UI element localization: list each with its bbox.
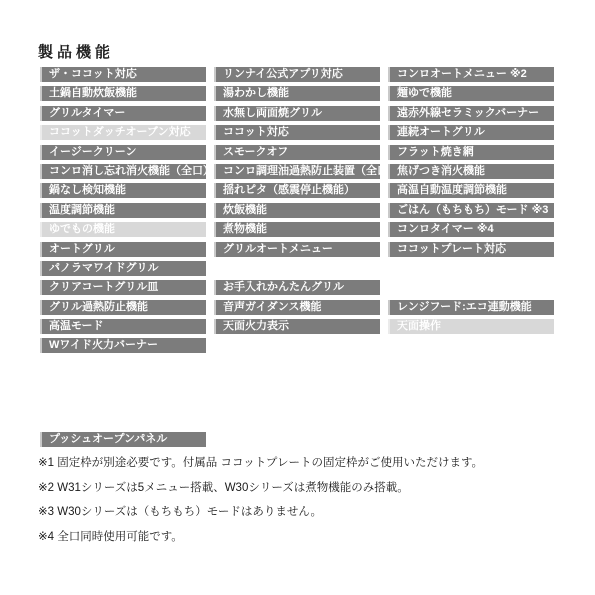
footnotes: ※1 固定枠が別途必要です。付属品 ココットプレートの固定枠がご使用いただけます…	[38, 458, 483, 543]
feature-bar: 高温モード	[40, 319, 206, 334]
feature-bar: 天面操作	[388, 319, 554, 334]
page-title: 製品機能	[38, 41, 114, 62]
feature-bar: 鍋なし検知機能	[40, 183, 206, 198]
feature-bar: フラット焼き網	[388, 145, 554, 160]
feature-bar: お手入れかんたんグリル	[214, 280, 380, 295]
feature-grid: ザ・ココット対応 土鍋自動炊飯機能 グリルタイマー ココットダッチオーブン対応 …	[40, 67, 554, 353]
feature-bar: コンロオートメニュー ※2	[388, 67, 554, 82]
feature-bar: 温度調節機能	[40, 203, 206, 218]
feature-bar: 音声ガイダンス機能	[214, 300, 380, 315]
feature-bar: スモークオフ	[214, 145, 380, 160]
feature-bar: 高温自動温度調節機能	[388, 183, 554, 198]
feature-bar: 天面火力表示	[214, 319, 380, 334]
feature-bar: 焦げつき消火機能	[388, 164, 554, 179]
product-features-page: 製品機能 ザ・ココット対応 土鍋自動炊飯機能 グリルタイマー ココットダッチオー…	[0, 0, 595, 595]
feature-bar: レンジフード:エコ連動機能	[388, 300, 554, 315]
feature-bar-push-open-panel: プッシュオープンパネル	[40, 432, 206, 447]
feature-column-1: ザ・ココット対応 土鍋自動炊飯機能 グリルタイマー ココットダッチオーブン対応 …	[40, 67, 206, 353]
feature-bar: 湯わかし機能	[214, 86, 380, 101]
footnote-4: ※4 全口同時使用可能です。	[38, 532, 483, 544]
feature-bar: 水無し両面焼グリル	[214, 106, 380, 121]
feature-bar: オートグリル	[40, 242, 206, 257]
feature-bar: 土鍋自動炊飯機能	[40, 86, 206, 101]
feature-bar: イージークリーン	[40, 145, 206, 160]
feature-bar: ココットプレート対応	[388, 242, 554, 257]
feature-bar: リンナイ公式アプリ対応	[214, 67, 380, 82]
feature-column-3: コンロオートメニュー ※2 麺ゆで機能 遠赤外線セラミックバーナー 連続オートグ…	[388, 67, 554, 353]
feature-bar: 煮物機能	[214, 222, 380, 237]
footnote-1: ※1 固定枠が別途必要です。付属品 ココットプレートの固定枠がご使用いただけます…	[38, 458, 483, 470]
feature-bar: ザ・ココット対応	[40, 67, 206, 82]
feature-bar: 遠赤外線セラミックバーナー	[388, 106, 554, 121]
feature-bar: ごはん（もちもち）モード ※3	[388, 203, 554, 218]
feature-bar: グリルタイマー	[40, 106, 206, 121]
feature-bar: クリアコートグリル皿	[40, 280, 206, 295]
feature-bar: ココットダッチオーブン対応	[40, 125, 206, 140]
feature-bar: グリルオートメニュー	[214, 242, 380, 257]
footnote-2: ※2 W31シリーズは5メニュー搭載、W30シリーズは煮物機能のみ搭載。	[38, 483, 483, 495]
feature-bar: 麺ゆで機能	[388, 86, 554, 101]
footnote-3: ※3 W30シリーズは（もちもち）モードはありません。	[38, 507, 483, 519]
feature-bar: 炊飯機能	[214, 203, 380, 218]
feature-bar: ゆでもの機能	[40, 222, 206, 237]
feature-bar: コンロ消し忘れ消火機能（全口）	[40, 164, 206, 179]
feature-bar: Wワイド火力バーナー	[40, 338, 206, 353]
feature-bar: 連続オートグリル	[388, 125, 554, 140]
feature-bar: 揺れピタ（感震停止機能）	[214, 183, 380, 198]
feature-bar: ココット対応	[214, 125, 380, 140]
feature-bar: コンロタイマー ※4	[388, 222, 554, 237]
feature-bar: コンロ調理油過熱防止装置（全口）	[214, 164, 380, 179]
feature-bar: グリル過熱防止機能	[40, 300, 206, 315]
feature-column-2: リンナイ公式アプリ対応 湯わかし機能 水無し両面焼グリル ココット対応 スモーク…	[214, 67, 380, 353]
feature-bar: パノラマワイドグリル	[40, 261, 206, 276]
